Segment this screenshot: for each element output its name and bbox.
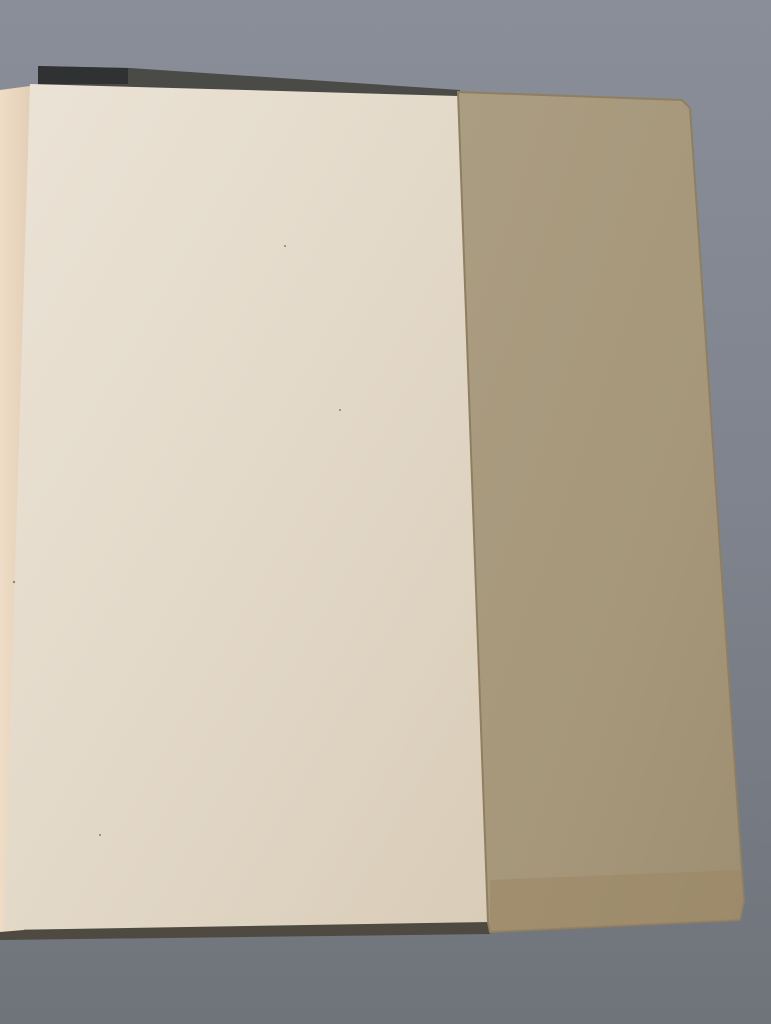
book-illustration xyxy=(0,0,771,1024)
photo-scene xyxy=(0,0,771,1024)
jacket-flap-stain xyxy=(490,870,744,932)
speck xyxy=(339,409,341,411)
speck xyxy=(13,581,15,583)
endpaper xyxy=(4,84,488,930)
speck xyxy=(99,834,101,836)
spine-dark-strip xyxy=(38,66,128,84)
speck xyxy=(284,245,286,247)
